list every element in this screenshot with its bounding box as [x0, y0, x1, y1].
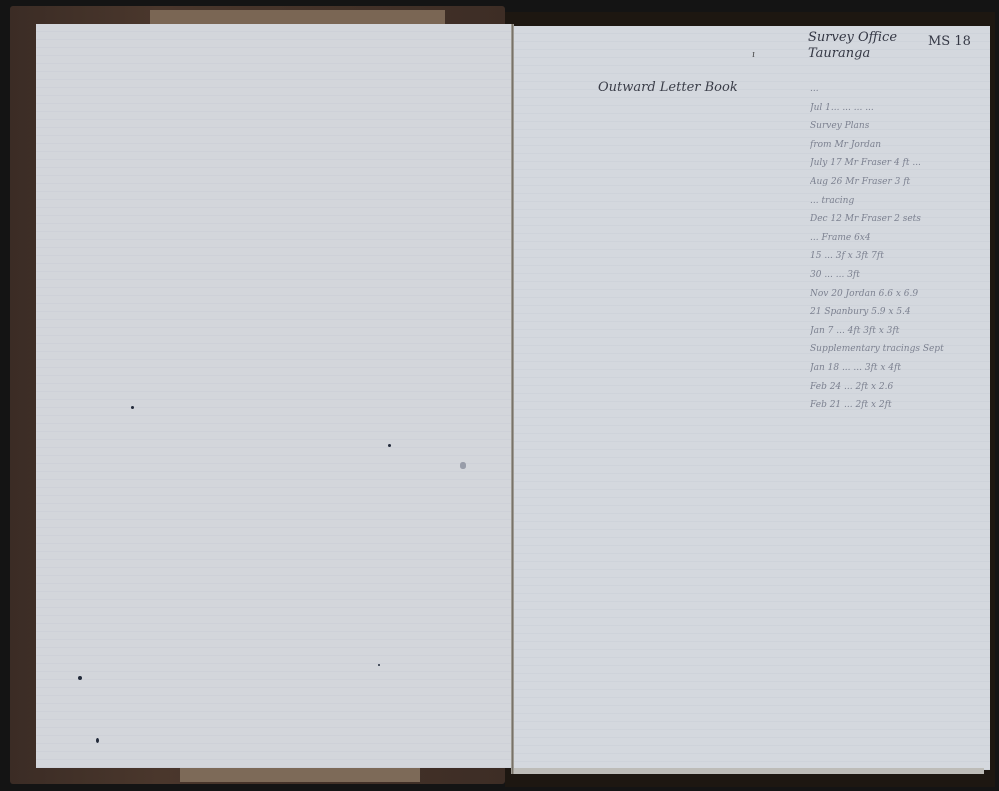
ink-spot	[378, 664, 380, 666]
book-title: Outward Letter Book	[598, 80, 738, 95]
note-line: Dec 12 Mr Fraser 2 sets	[810, 210, 988, 229]
note-line: Jul 1... ... ... ...	[810, 99, 988, 118]
ink-spot	[96, 738, 99, 743]
note-line: Survey Plans	[810, 117, 988, 136]
note-line: ... Frame 6x4	[810, 229, 988, 248]
note-line: July 17 Mr Fraser 4 ft ...	[810, 154, 988, 173]
manuscript-reference: MS 18	[928, 34, 971, 49]
note-line: from Mr Jordan	[810, 136, 988, 155]
book-gutter	[511, 24, 514, 774]
note-line: 30 ... ... 3ft	[810, 266, 988, 285]
pencil-notes: ... Jul 1... ... ... ... Survey Plans fr…	[810, 80, 988, 415]
note-line: Jan 18 ... ... 3ft x 4ft	[810, 359, 988, 378]
ink-spot	[388, 444, 391, 447]
ink-spot	[131, 406, 134, 409]
note-line: Feb 21 ... 2ft x 2ft	[810, 396, 988, 415]
cover-bottom-edge	[180, 768, 420, 782]
note-line: Supplementary tracings Sept	[810, 340, 988, 359]
note-line: ...	[810, 80, 988, 99]
note-line: 21 Spanbury 5.9 x 5.4	[810, 303, 988, 322]
left-page	[36, 24, 512, 768]
ink-spot	[78, 676, 82, 680]
note-line: Aug 26 Mr Fraser 3 ft	[810, 173, 988, 192]
office-label: Survey Office Tauranga	[808, 30, 897, 62]
note-line: ... tracing	[810, 192, 988, 211]
note-line: Nov 20 Jordan 6.6 x 6.9	[810, 285, 988, 304]
smudge	[460, 462, 466, 469]
pencil-mark: ı	[752, 50, 755, 60]
cover-top-edge	[150, 10, 445, 24]
note-line: 15 ... 3f x 3ft 7ft	[810, 247, 988, 266]
page-edge	[514, 768, 984, 774]
office-line-2: Tauranga	[808, 46, 897, 62]
note-line: Feb 24 ... 2ft x 2.6	[810, 378, 988, 397]
office-line-1: Survey Office	[808, 30, 897, 46]
note-line: Jan 7 ... 4ft 3ft x 3ft	[810, 322, 988, 341]
